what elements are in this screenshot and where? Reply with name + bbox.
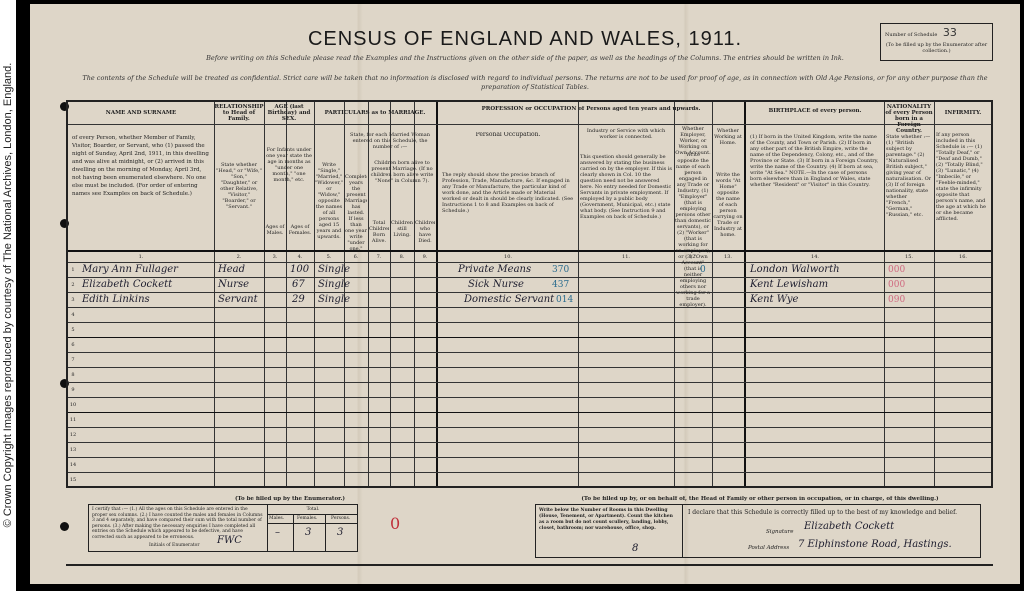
- col-marital-desc: Write "Single," "Married," "Widower," or…: [315, 162, 343, 240]
- col-number: 12.: [674, 254, 712, 260]
- row-number: 9: [68, 387, 78, 393]
- copyright-credit: © Crown Copyright Images reproduced by c…: [2, 63, 14, 528]
- row-number: 10: [68, 402, 78, 408]
- schedule-note: (To be filled up by the Enumerator after…: [885, 42, 988, 54]
- col-age-females: Ages of Females.: [286, 224, 314, 236]
- initials-label: Initials of Enumerator: [149, 543, 200, 548]
- entry-birthplace: London Walworth: [750, 264, 840, 275]
- col-at-home: Whether Working at Home.: [713, 128, 743, 146]
- col-children-living: Children still Living.: [391, 220, 413, 238]
- entry-relationship: Nurse: [218, 279, 249, 290]
- col-children-total: Total Children Born Alive.: [369, 220, 389, 244]
- col-number: 13.: [712, 254, 744, 260]
- entry-code: 000: [888, 280, 905, 290]
- row-number: 15: [68, 477, 78, 483]
- col-age-desc: For Infants under one year state the age…: [266, 147, 312, 183]
- householder-box: Write below the Number of Rooms in this …: [535, 504, 981, 558]
- row-number: 13: [68, 447, 78, 453]
- row-number: 8: [68, 372, 78, 378]
- entry-name: Mary Ann Fullager: [82, 264, 178, 275]
- females-label: Females.: [297, 516, 317, 521]
- col-number: 15.: [884, 254, 934, 260]
- row-number: 4: [68, 312, 78, 318]
- col-number: 14.: [746, 254, 884, 260]
- col-personal-occupation: Personal Occupation.: [440, 132, 576, 138]
- punch-hole: [60, 522, 69, 531]
- entry-relationship: Head: [218, 264, 245, 275]
- col-name-title: NAME AND SURNAME: [68, 110, 214, 116]
- col-number: 1.: [68, 254, 214, 260]
- row-number: 6: [68, 342, 78, 348]
- schedule-number-label: Number of Schedule: [885, 32, 937, 38]
- entry-marital: Single: [318, 279, 350, 290]
- entry-relationship: Servant: [218, 294, 258, 305]
- declaration: I declare that this Schedule is correctl…: [688, 509, 957, 516]
- row-number: 14: [68, 462, 78, 468]
- row-number: 2: [68, 282, 78, 288]
- col-number: 11.: [578, 254, 674, 260]
- credit-strip: © Crown Copyright Images reproduced by c…: [0, 0, 16, 591]
- col-nationality-title: NATIONALITY of every Person born in a Fo…: [884, 104, 934, 134]
- entry-birthplace: Kent Lewisham: [750, 279, 828, 290]
- col-number: 3.: [264, 254, 286, 260]
- col-number: 7.: [368, 254, 390, 260]
- census-table: NAME AND SURNAME of every Person, whethe…: [66, 100, 993, 488]
- confidentiality-notice: The contents of the Schedule will be tre…: [80, 74, 990, 92]
- persons-label: Persons.: [331, 516, 350, 521]
- col-infirmity-desc: If any person included in this Schedule …: [936, 132, 990, 222]
- col-industry-desc: This question should generally be answer…: [580, 154, 672, 220]
- entry-name: Elizabeth Cockett: [82, 279, 172, 290]
- males-label: Males.: [269, 516, 284, 521]
- entry-occupation: Private Means: [458, 264, 531, 275]
- entry-age-female: 29: [292, 294, 305, 305]
- col-number: 5.: [314, 254, 344, 260]
- census-schedule: CENSUS OF ENGLAND AND WALES, 1911. Befor…: [30, 4, 1020, 584]
- col-name-desc: of every Person, whether Member of Famil…: [72, 134, 210, 198]
- entry-age-female: 100: [290, 264, 309, 275]
- col-occupation-title: PROFESSION or OCCUPATION of Persons aged…: [438, 106, 744, 112]
- page-title: CENSUS OF ENGLAND AND WALES, 1911.: [30, 28, 1020, 51]
- enumerator-initials: FWC: [217, 535, 242, 546]
- col-number: 6.: [344, 254, 368, 260]
- signature-label: Signature: [766, 529, 794, 535]
- col-years-married: Completed years the present Marriage has…: [345, 174, 367, 252]
- postal-address: 7 Elphinstone Road, Hastings.: [798, 539, 952, 550]
- schedule-number-box: Number of Schedule 33 (To be filled up b…: [880, 23, 993, 61]
- total-persons: 3: [337, 527, 343, 538]
- entry-code: 090: [888, 295, 905, 305]
- col-at-home-desc: Write the words "At Home" opposite the n…: [713, 172, 743, 238]
- signature: Elizabeth Cockett: [804, 521, 894, 532]
- col-relationship-desc: State whether "Head," or "Wife," "Son," …: [216, 162, 262, 210]
- enumerator-box: I certify that :— (1.) All the ages on t…: [88, 504, 358, 552]
- total-label: Total.: [267, 507, 359, 512]
- entry-occ-code: 014: [556, 295, 573, 305]
- col-married-woman: State, for each Married Woman entered on…: [345, 132, 435, 150]
- entry-code: 000: [888, 265, 905, 275]
- col-children-header: Children born alive to present Marriage.…: [369, 160, 435, 184]
- entry-marital: Single: [318, 264, 350, 275]
- address-label: Postal Address: [748, 545, 789, 551]
- entry-occupation: Sick Nurse: [468, 279, 524, 290]
- col-nationality-desc: State whether :— (1) "British subject by…: [886, 134, 932, 218]
- col-number: 9.: [414, 254, 436, 260]
- col-number: 10.: [438, 254, 578, 260]
- col-personal-desc: The reply should show the precise branch…: [442, 172, 574, 214]
- col-number: 2.: [214, 254, 264, 260]
- row-number: 1: [68, 267, 78, 273]
- col-employer-desc: Write opposite the name of each person e…: [675, 152, 711, 308]
- row-number: 5: [68, 327, 78, 333]
- col-age-title: AGE (last Birthday) and SEX.: [264, 104, 314, 122]
- entry-occupation: Domestic Servant: [464, 294, 554, 305]
- col-age-males: Ages of Males.: [264, 224, 286, 236]
- enumerator-heading: (To be filled up by the Enumerator.): [130, 496, 450, 502]
- col-number: 8.: [390, 254, 414, 260]
- col-industry: Industry or Service with which worker is…: [580, 128, 672, 140]
- red-mark: 0: [390, 514, 400, 533]
- bottom-rule: [66, 564, 993, 566]
- entry-age-female: 67: [292, 279, 305, 290]
- total-females: 3: [305, 527, 311, 538]
- total-males: –: [275, 527, 280, 538]
- row-number: 3: [68, 297, 78, 303]
- rooms-count: 8: [632, 543, 638, 554]
- entry-employer: 0: [700, 265, 706, 275]
- row-number: 7: [68, 357, 78, 363]
- entry-occ-code: 437: [552, 280, 569, 290]
- householder-heading: (To be filled up by, or on behalf of, th…: [540, 496, 980, 502]
- col-marriage-title: PARTICULARS as to MARRIAGE.: [314, 110, 436, 116]
- entry-birthplace: Kent Wye: [750, 294, 798, 305]
- col-birthplace-title: BIRTHPLACE of every person.: [746, 108, 884, 114]
- entry-name: Edith Linkins: [82, 294, 150, 305]
- entry-occ-code: 370: [552, 265, 569, 275]
- row-number: 12: [68, 432, 78, 438]
- col-number: 4.: [286, 254, 314, 260]
- col-number: 16.: [934, 254, 992, 260]
- entry-marital: Single: [318, 294, 350, 305]
- rooms-instructions: Write below the Number of Rooms in this …: [539, 508, 679, 532]
- row-number: 11: [68, 417, 78, 423]
- col-children-died: Children who have Died.: [415, 220, 435, 244]
- schedule-number: 33: [943, 26, 957, 39]
- instructions-line: Before writing on this Schedule please r…: [30, 54, 1020, 62]
- col-relationship-title: RELATIONSHIP to Head of Family.: [214, 104, 264, 122]
- col-birthplace-desc: (1) If born in the United Kingdom, write…: [750, 134, 880, 188]
- col-infirmity-title: INFIRMITY.: [934, 110, 992, 116]
